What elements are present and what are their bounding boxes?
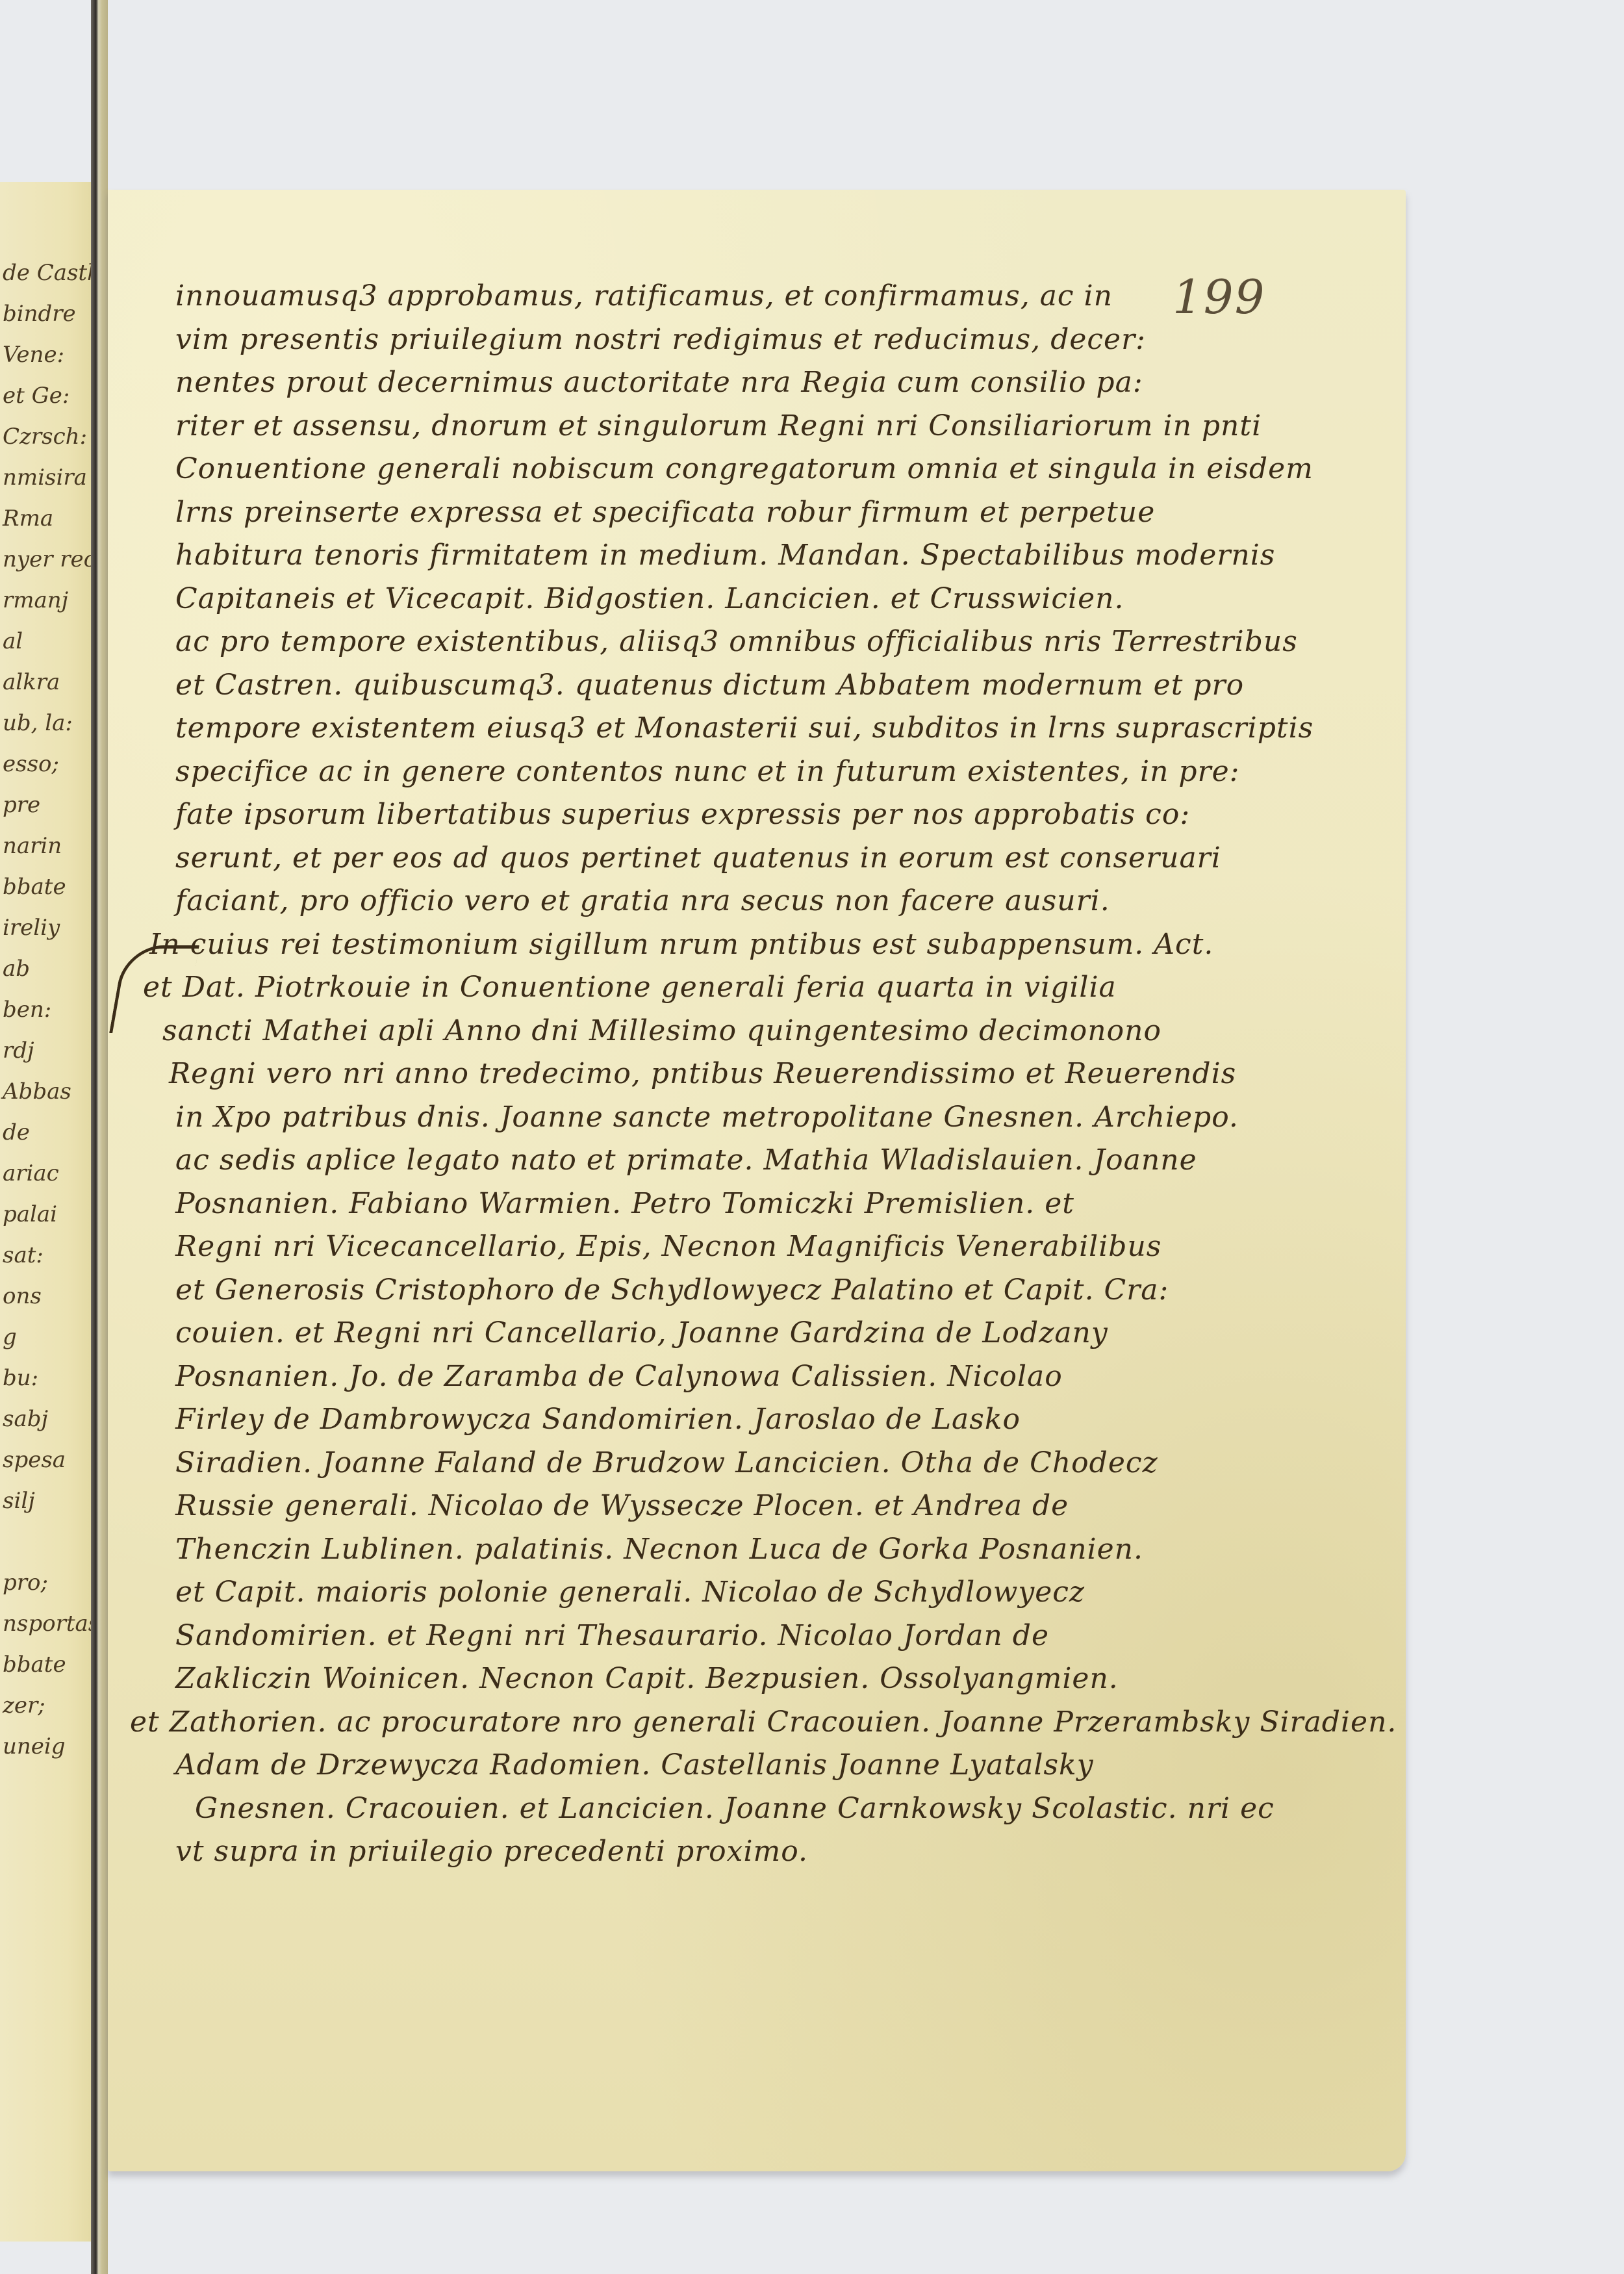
margin-text-line: de Castkow: [3, 260, 96, 286]
manuscript-line: Adam de Drzewycza Radomien. Castellanis …: [175, 1748, 1094, 1782]
manuscript-line: nentes prout decernimus auctoritate nra …: [175, 366, 1143, 399]
manuscript-page: [108, 190, 1406, 2171]
margin-text-line: silj: [3, 1488, 35, 1514]
margin-text-line: nyer recte: [3, 546, 96, 572]
margin-text-line: uneig: [3, 1733, 66, 1759]
folio-number: 199: [1173, 270, 1265, 324]
manuscript-line: Regni vero nri anno tredecimo, pntibus R…: [169, 1057, 1236, 1090]
manuscript-line: Sandomirien. et Regni nri Thesaurario. N…: [175, 1619, 1049, 1652]
margin-text-line: nmisira: [3, 465, 87, 491]
margin-text-line: al: [3, 628, 23, 654]
margin-text-line: rmanj: [3, 587, 68, 613]
manuscript-line: Firley de Dambrowycza Sandomirien. Jaros…: [175, 1403, 1021, 1436]
manuscript-line: Conuentione generali nobiscum congregato…: [175, 452, 1313, 485]
margin-text-line: sabj: [3, 1406, 48, 1432]
manuscript-line: tempore existentem eiusq3 et Monasterii …: [175, 711, 1313, 745]
margin-text-line: pro;: [3, 1570, 48, 1596]
manuscript-line: specifice ac in genere contentos nunc et…: [175, 755, 1239, 788]
margin-text-line: bindre: [3, 301, 76, 327]
manuscript-line: serunt, et per eos ad quos pertinet quat…: [175, 841, 1221, 875]
left-page-fragment: de CastkowbindreVene:et Ge:Czrsch:nmisir…: [0, 182, 96, 2242]
manuscript-line: vt supra in priuilegio precedenti proxim…: [175, 1835, 808, 1868]
margin-text-line: ariac: [3, 1160, 59, 1186]
manuscript-line: habitura tenoris firmitatem in medium. M…: [175, 539, 1275, 572]
margin-text-line: g: [3, 1324, 17, 1350]
margin-text-line: ons: [3, 1283, 42, 1309]
margin-text-line: Abbas: [3, 1079, 71, 1105]
manuscript-line: In cuius rei testimonium sigillum nrum p…: [149, 928, 1213, 961]
manuscript-line: sancti Mathei apli Anno dni Millesimo qu…: [162, 1014, 1161, 1047]
margin-text-line: bbate: [3, 874, 66, 900]
manuscript-line: couien. et Regni nri Cancellario, Joanne…: [175, 1316, 1108, 1349]
manuscript-line: in Xpo patribus dnis. Joanne sancte metr…: [175, 1101, 1239, 1134]
margin-text-line: sat:: [3, 1242, 44, 1268]
margin-text-line: rdj: [3, 1038, 34, 1064]
margin-text-line: Rma: [3, 505, 53, 531]
book-binding: [91, 0, 108, 2274]
manuscript-line: et Dat. Piotrkouie in Conuentione genera…: [143, 971, 1117, 1004]
manuscript-line: et Castren. quibuscumq3. quatenus dictum…: [175, 669, 1244, 702]
margin-text-line: ab: [3, 956, 30, 982]
manuscript-line: Russie generali. Nicolao de Wyssecze Plo…: [175, 1489, 1069, 1522]
manuscript-line: lrns preinserte expressa et specificata …: [175, 496, 1155, 529]
manuscript-line: ac sedis aplice legato nato et primate. …: [175, 1143, 1197, 1177]
margin-text-line: ub, la:: [3, 710, 73, 736]
margin-text-line: alkra: [3, 669, 60, 695]
manuscript-line: Posnanien. Fabiano Warmien. Petro Tomicz…: [175, 1187, 1074, 1220]
manuscript-line: Regni nri Vicecancellario, Epis, Necnon …: [175, 1230, 1161, 1263]
manuscript-line: Posnanien. Jo. de Zaramba de Calynowa Ca…: [175, 1360, 1063, 1393]
manuscript-line: et Zathorien. ac procuratore nro general…: [130, 1705, 1397, 1739]
margin-text-line: esso;: [3, 751, 59, 777]
margin-text-line: bbate: [3, 1652, 66, 1678]
margin-text-line: pre: [3, 792, 40, 818]
manuscript-line: faciant, pro officio vero et gratia nra …: [175, 884, 1110, 917]
manuscript-line: riter et assensu, dnorum et singulorum R…: [175, 409, 1262, 442]
manuscript-line: Capitaneis et Vicecapit. Bidgostien. Lan…: [175, 582, 1124, 615]
manuscript-line: Siradien. Joanne Faland de Brudzow Lanci…: [175, 1446, 1158, 1479]
manuscript-line: vim presentis priuilegium nostri redigim…: [175, 323, 1146, 356]
margin-text-line: spesa: [3, 1447, 66, 1473]
manuscript-line: Thenczin Lublinen. palatinis. Necnon Luc…: [175, 1533, 1143, 1566]
manuscript-line: et Capit. maioris polonie generali. Nico…: [175, 1576, 1085, 1609]
margin-text-line: nsportas: [3, 1611, 96, 1637]
manuscript-line: Zakliczin Woinicen. Necnon Capit. Bezpus…: [175, 1662, 1119, 1695]
margin-text-line: de: [3, 1119, 30, 1145]
margin-text-line: ireliy: [3, 915, 60, 941]
margin-text-line: zer;: [3, 1693, 45, 1718]
margin-text-line: ben:: [3, 997, 51, 1023]
manuscript-line: innouamusq3 approbamus, ratificamus, et …: [175, 279, 1113, 313]
manuscript-line: Gnesnen. Cracouien. et Lancicien. Joanne…: [195, 1792, 1275, 1825]
manuscript-line: ac pro tempore existentibus, aliisq3 omn…: [175, 625, 1298, 658]
margin-text-line: palai: [3, 1201, 57, 1227]
margin-text-line: bu:: [3, 1365, 38, 1391]
margin-text-line: Vene:: [3, 342, 64, 368]
margin-text-line: narin: [3, 833, 62, 859]
margin-text-line: Czrsch:: [3, 424, 87, 450]
manuscript-line: fate ipsorum libertatibus superius expre…: [175, 798, 1190, 831]
manuscript-line: et Generosis Cristophoro de Schydlowyecz…: [175, 1273, 1169, 1307]
margin-text-line: et Ge:: [3, 383, 70, 409]
